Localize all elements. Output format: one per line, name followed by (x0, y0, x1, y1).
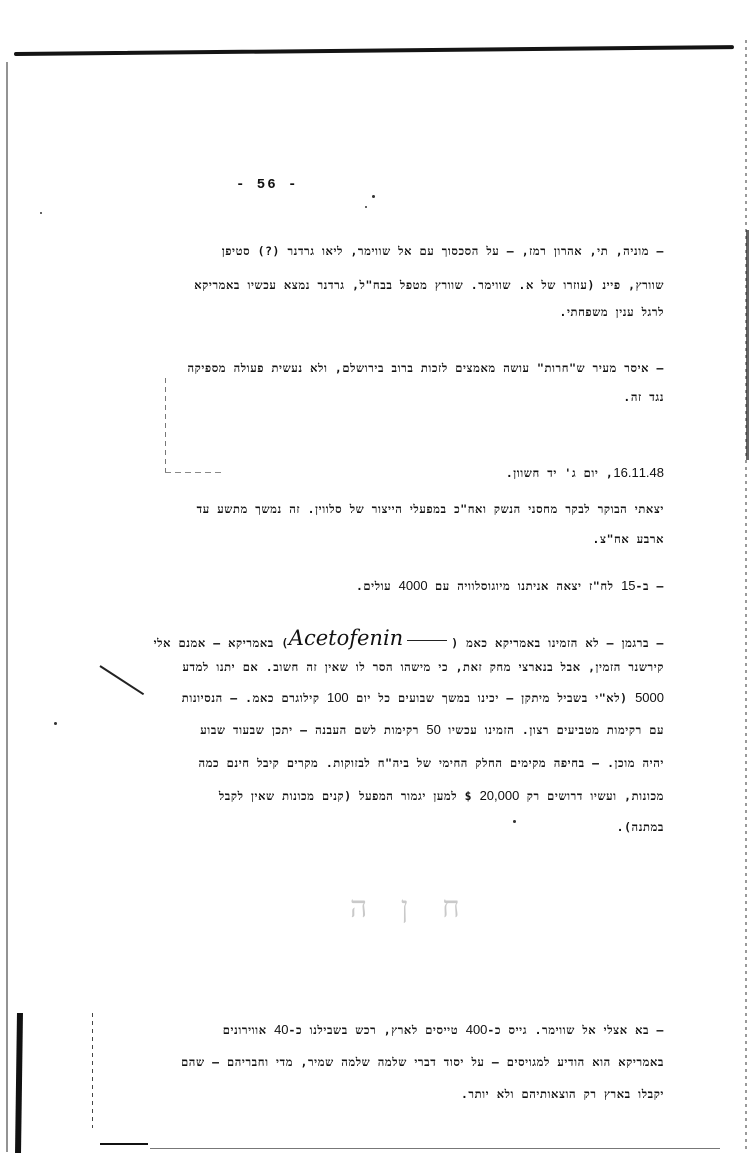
diary-date-hebrew: , יום ג' יד חשוון. (506, 466, 614, 480)
text-line: קירשנר הזמין, אבל בנארצי מחק זאת, כי מיש… (182, 660, 664, 674)
speck (54, 722, 57, 725)
text-line: ארבע אח"צ. (593, 532, 664, 546)
text-line: במתנה). (617, 820, 664, 834)
margin-bracket-horizontal (165, 472, 225, 473)
speck (40, 212, 42, 214)
scan-left-edge (6, 62, 8, 1152)
text-line: שוורץ, פיינ (עוזרו של א. שווימר. שוורץ מ… (194, 278, 664, 292)
scan-inner-mark-foot (100, 1143, 148, 1145)
scan-bottom-line (150, 1148, 720, 1149)
text-line: – ברגמן – לא הזמינו באמריקא כאמ (Acetofe… (154, 628, 664, 652)
margin-bracket-vertical (165, 378, 166, 473)
number: 50 (426, 722, 440, 737)
number: 4000 (399, 578, 428, 593)
number: 400 (466, 1022, 488, 1037)
scan-inner-mark (92, 1013, 93, 1128)
number: 100 (327, 690, 349, 705)
text-line: – איסר מעיר ש"חרות" עושה מאמצים לזכות בר… (187, 361, 664, 375)
text-line: – מוניה, תי, אהרון רמז, – על הסכסוך עם א… (222, 244, 664, 258)
number: 15 (621, 578, 635, 593)
text-line: יקבלו בארץ רק הוצאותיהם ולא יותר. (461, 1087, 664, 1101)
scan-left-bar (15, 1013, 23, 1153)
diary-date-line: 16.11.48, יום ג' יד חשוון. (506, 465, 664, 480)
handwritten-annotation: Acetofenin (289, 626, 403, 650)
scan-top-edge (14, 45, 734, 56)
speck (365, 206, 367, 208)
text-line: מכונות, ועשיו דרושים רק 20,000 $ למען יג… (219, 788, 664, 803)
handwritten-underline (407, 640, 447, 641)
text-fragment: עם רקימות מטביעים רצון. הזמינו עכשיו (441, 723, 664, 737)
diary-date: 16.11.48 (613, 465, 664, 480)
text-line: עם רקימות מטביעים רצון. הזמינו עכשיו 50 … (200, 722, 664, 737)
text-fragment: רקימות לשם העבנה – יתכן שבעוד שבוע (200, 723, 426, 737)
text-fragment: – ב- (636, 579, 664, 593)
speck (513, 820, 516, 823)
text-fragment: – בא אצלי אל שווימר. גייס כ- (487, 1023, 664, 1037)
text-fragment: טייסים לארץ, רכש בשבילנו כ- (289, 1023, 466, 1037)
text-fragment: – ברגמן – לא הזמינו באמריקא כאמ ( (451, 636, 664, 650)
scan-right-edge (745, 40, 747, 1150)
text-line: לרגל ענין משפחתי. (559, 305, 664, 319)
text-line: 5000 (לא"י בשביל מיתקן – יכינו במשך שבוע… (182, 690, 664, 705)
text-fragment: אווירונים (223, 1023, 274, 1037)
text-fragment: עולים. (356, 579, 399, 593)
text-line: יהיה מוכן. – בחיפה מקימים החלק החימי של … (199, 756, 664, 770)
speck (372, 195, 375, 198)
text-line: – בא אצלי אל שווימר. גייס כ-400 טייסים ל… (223, 1022, 664, 1037)
text-fragment: קילוגרם כאמ. – הנסיונות (182, 691, 327, 705)
scan-right-edge-dark (746, 230, 749, 460)
text-fragment: מכונות, ועשיו דרושים רק (519, 789, 664, 803)
text-line: יצאתי הבוקר לבקר מחסני הנשק ואח"כ במפעלי… (197, 502, 664, 516)
number: 20,000 (480, 788, 520, 803)
text-fragment: $ למען יגמור המפעל (קנים מכונות שאין לקב… (219, 789, 480, 803)
page-number: - 56 - (236, 177, 298, 193)
text-fragment: (לא"י בשביל מיתקן – יכינו במשך שבועים כל… (349, 691, 635, 705)
text-line: – ב-15 לח"ז יצאה אניתנו מיוגוסלוויה עם 4… (356, 578, 664, 593)
margin-pen-stroke (99, 665, 144, 695)
text-line: נגד זה. (623, 390, 664, 404)
scanned-document-page: ח ן ה - 56 - – מוניה, תי, אהרון רמז, – ע… (0, 0, 750, 1159)
faint-bleedthrough-text: ח ן ה (350, 890, 530, 930)
text-line: באמריקא הוא הודיע למגויסים – על יסוד דבר… (181, 1055, 664, 1069)
text-fragment: ) באמריקא – אמנם אלי (154, 636, 289, 650)
number: 40 (274, 1022, 288, 1037)
text-fragment: לח"ז יצאה אניתנו מיוגוסלוויה עם (428, 579, 622, 593)
number: 5000 (635, 690, 664, 705)
